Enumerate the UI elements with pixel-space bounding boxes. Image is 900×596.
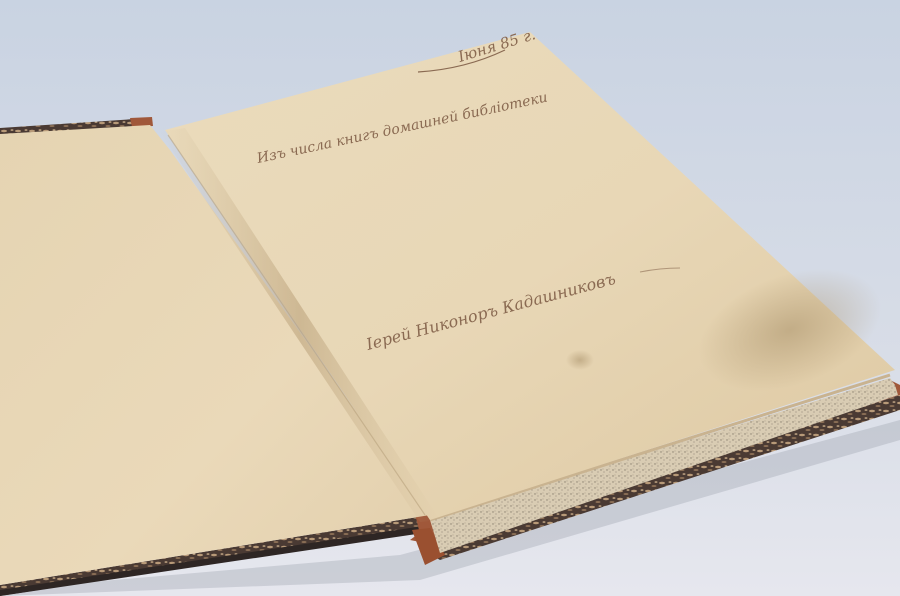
book-illustration: Іюня 85 г. Изъ числа книгъ домашней библ…: [0, 0, 900, 596]
book-photo: Іюня 85 г. Изъ числа книгъ домашней библ…: [0, 0, 900, 596]
